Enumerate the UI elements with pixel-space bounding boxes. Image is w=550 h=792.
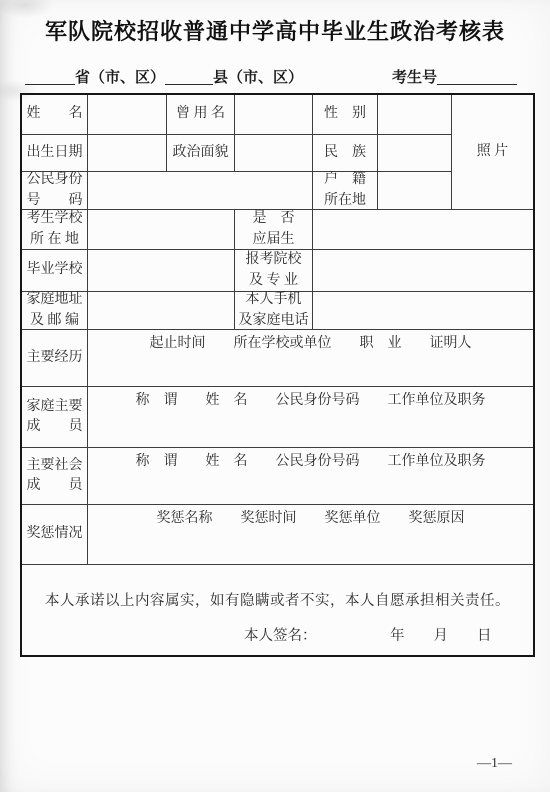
graduate-school-value-cell <box>88 250 235 292</box>
former-name-value-cell <box>235 95 313 135</box>
citizen-id-value-cell <box>88 172 313 210</box>
home-address-label: 家庭地址 及 邮 编 <box>22 292 88 330</box>
home-address-value-cell <box>88 292 235 330</box>
birth-date-value-cell <box>88 135 167 172</box>
political-status-value-cell <box>235 135 313 172</box>
signature-date-label: 年 月 日 <box>390 624 492 645</box>
county-blank <box>165 82 213 85</box>
school-location-value-cell <box>88 210 235 250</box>
signature-label: 本人签名： <box>244 624 317 645</box>
page-title: 军队院校招收普通中学高中毕业生政治考核表 <box>0 15 550 46</box>
name-label: 姓 名 <box>22 95 88 135</box>
reward-column-headers: 奖惩名称 奖惩时间 奖惩单位 奖惩原因 <box>157 509 465 529</box>
graduate-school-label: 毕业学校 <box>22 250 88 292</box>
gender-label: 性 别 <box>313 95 378 135</box>
province-blank <box>25 82 75 85</box>
fresh-graduate-label: 是 否 应届生 <box>235 210 313 250</box>
phone-label: 本人手机 及家庭电话 <box>235 292 313 330</box>
reward-label: 奖惩情况 <box>22 505 88 565</box>
location-line: 省（市、区） 县（市、区） 考生号 <box>25 66 517 86</box>
experience-section-cell: 起止时间 所在学校或单位 职 业 证明人 <box>88 330 533 387</box>
family-column-headers: 称 谓 姓 名 公民身份号码 工作单位及职务 <box>136 391 486 411</box>
household-label: 户 籍 所在地 <box>313 172 378 210</box>
citizen-id-label: 公民身份 号 码 <box>22 172 88 210</box>
assessment-form-table: 姓 名 曾 用 名 性 别 出生日期 政治面貌 民 族 公民身份 号 码 户 籍… <box>20 93 535 657</box>
province-label: 省（市、区） <box>75 70 165 87</box>
name-value-cell <box>88 95 167 135</box>
social-column-headers: 称 谓 姓 名 公民身份号码 工作单位及职务 <box>136 452 486 472</box>
family-members-section-cell: 称 谓 姓 名 公民身份号码 工作单位及职务 <box>88 387 533 448</box>
page-number: —1— <box>477 756 512 772</box>
applied-college-value-cell <box>313 250 533 292</box>
experience-label: 主要经历 <box>22 330 88 387</box>
ethnicity-value-cell <box>378 135 452 172</box>
ethnicity-label: 民 族 <box>313 135 378 172</box>
phone-value-cell <box>313 292 533 330</box>
fresh-graduate-value-cell <box>313 210 533 250</box>
political-status-label: 政治面貌 <box>167 135 235 172</box>
school-location-label: 考生学校 所 在 地 <box>22 210 88 250</box>
pledge-text: 本人承诺以上内容属实，如有隐瞒或者不实，本人自愿承担相关责任。 <box>22 589 533 610</box>
reward-section-cell: 奖惩名称 奖惩时间 奖惩单位 奖惩原因 <box>88 505 533 565</box>
candidate-no-blank <box>437 82 517 85</box>
family-members-label: 家庭主要 成 员 <box>22 387 88 448</box>
pledge-section-cell: 本人承诺以上内容属实，如有隐瞒或者不实，本人自愿承担相关责任。 本人签名： 年 … <box>22 565 533 655</box>
household-value-cell <box>378 172 452 210</box>
social-members-label: 主要社会 成 员 <box>22 448 88 505</box>
gender-value-cell <box>378 95 452 135</box>
birth-date-label: 出生日期 <box>22 135 88 172</box>
experience-column-headers: 起止时间 所在学校或单位 职 业 证明人 <box>150 334 472 354</box>
county-label: 县（市、区） <box>213 70 303 87</box>
applied-college-label: 报考院校 及 专 业 <box>235 250 313 292</box>
photo-box: 照 片 <box>452 95 533 210</box>
social-members-section-cell: 称 谓 姓 名 公民身份号码 工作单位及职务 <box>88 448 533 505</box>
candidate-no-label: 考生号 <box>392 70 437 87</box>
former-name-label: 曾 用 名 <box>167 95 235 135</box>
scanned-form-page: 军队院校招收普通中学高中毕业生政治考核表 省（市、区） 县（市、区） 考生号 姓… <box>0 0 550 792</box>
